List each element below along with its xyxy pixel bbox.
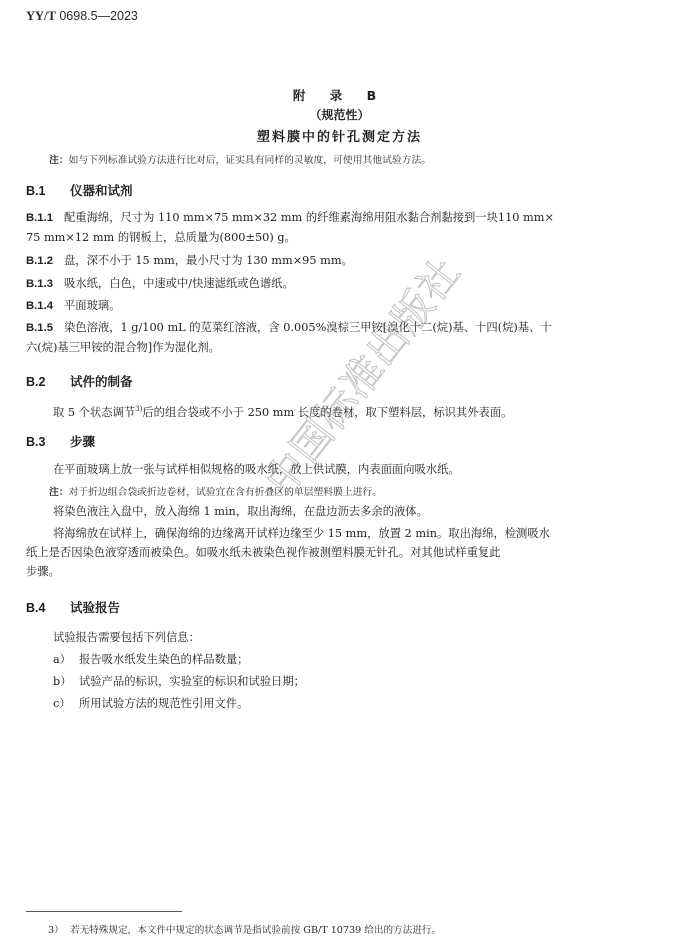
section-heading-b2: B.2试件的制备	[26, 372, 133, 390]
section-number: B.3	[26, 435, 70, 449]
clause-b1-3: B.1.3吸水纸，白色，中速或中/快速滤纸或色谱纸。	[26, 274, 294, 294]
footnote: 3）若无特殊规定，本文件中规定的状态调节是指试验前按 GB/T 10739 给出…	[48, 922, 441, 936]
standard-code: YY/T 0698.5—2023	[26, 9, 138, 24]
clause-number: B.1.5	[26, 319, 64, 338]
section-number: B.4	[26, 601, 70, 615]
b3-note: 注：对于折边组合袋或折边卷材，试验宜在含有折叠区的单层塑料膜上进行。	[49, 484, 382, 498]
section-number: B.2	[26, 375, 70, 389]
b3-paragraph-1: 在平面玻璃上放一张与试样相似规格的吸水纸，放上供试膜，内表面面向吸水纸。	[53, 460, 460, 479]
clause-b1-5: B.1.5染色溶液，1 g/100 mL 的苋菜红溶液，含 0.005%溴棕三甲…	[26, 318, 552, 357]
clause-b1-2: B.1.2盘，深不小于 15 mm，最小尺寸为 130 mm×95 mm。	[26, 251, 353, 271]
clause-text: 染色溶液，1 g/100 mL 的苋菜红溶液，含 0.005%溴棕三甲铵[溴化十…	[64, 321, 552, 334]
footnote-marker: 3）	[48, 922, 70, 936]
b3-p3-line1: 将海绵放在试样上，确保海绵的边缘离开试样边缘至少 15 mm，放置 2 min。…	[53, 527, 550, 540]
clause-b1-4: B.1.4平面玻璃。	[26, 296, 121, 316]
b3-note-label: 注：	[49, 487, 69, 498]
b3-p3-line3: 步骤。	[26, 565, 60, 578]
b2-paragraph: 取 5 个状态调节3)后的组合袋或不小于 250 mm 长度的卷材，取下塑料层，…	[53, 400, 512, 422]
annex-type: （规范性）	[0, 106, 679, 123]
list-marker: a）	[53, 650, 79, 669]
clause-text-continued: 六(烷)基三甲铵的混合物]作为湿化剂。	[26, 341, 220, 354]
list-marker: c）	[53, 694, 79, 713]
clause-text: 平面玻璃。	[64, 299, 121, 312]
section-title: 步骤	[70, 434, 95, 449]
clause-text-continued: 75 mm×12 mm 的钢板上，总质量为(800±50) g。	[26, 231, 296, 244]
b4-list-item-b: b）试验产品的标识，实验室的标识和试验日期；	[53, 672, 305, 691]
b3-note-text: 对于折边组合袋或折边卷材，试验宜在含有折叠区的单层塑料膜上进行。	[69, 487, 383, 498]
section-title: 试件的制备	[70, 374, 133, 389]
section-heading-b3: B.3步骤	[26, 432, 95, 450]
annex-title: 附 录 B	[0, 86, 679, 104]
clause-text: 吸水纸，白色，中速或中/快速滤纸或色谱纸。	[64, 277, 294, 290]
b2-text-continued: 后的组合袋或不小于 250 mm 长度的卷材，取下塑料层，标识其外表面。	[142, 406, 512, 419]
list-text: 试验产品的标识，实验室的标识和试验日期；	[79, 675, 305, 688]
clause-number: B.1.4	[26, 297, 64, 316]
annex-name: 塑料膜中的针孔测定方法	[0, 126, 679, 145]
list-text: 所用试验方法的规范性引用文件。	[79, 697, 248, 710]
section-number: B.1	[26, 184, 70, 198]
footnote-divider	[26, 911, 182, 912]
document-page: YY/T 0698.5—2023 附 录 B （规范性） 塑料膜中的针孔测定方法…	[0, 0, 679, 943]
clause-text: 配重海绵，尺寸为 110 mm×75 mm×32 mm 的纤维素海绵用阻水黏合剂…	[64, 211, 554, 224]
clause-text: 盘，深不小于 15 mm，最小尺寸为 130 mm×95 mm。	[64, 254, 353, 267]
clause-number: B.1.1	[26, 209, 64, 228]
b3-paragraph-2: 将染色液注入盘中，放入海绵 1 min，取出海绵，在盘边沥去多余的液体。	[53, 502, 428, 521]
b4-list-item-a: a）报告吸水纸发生染色的样品数量；	[53, 650, 248, 669]
intro-note-label: 注：	[49, 155, 69, 166]
standard-code-number: 0698.5—2023	[56, 9, 138, 23]
b3-p3-line2: 纸上是否因染色液穿透而被染色。如吸水纸未被染色视作被测塑料膜无针孔。对其他试样重…	[26, 546, 500, 559]
footnote-text: 若无特殊规定，本文件中规定的状态调节是指试验前按 GB/T 10739 给出的方…	[70, 925, 441, 936]
intro-note: 注：如与下列标准试验方法进行比对后，证实具有同样的灵敏度，可使用其他试验方法。	[49, 152, 431, 166]
list-marker: b）	[53, 672, 79, 691]
b3-paragraph-3: 将海绵放在试样上，确保海绵的边缘离开试样边缘至少 15 mm，放置 2 min。…	[26, 524, 550, 581]
clause-number: B.1.3	[26, 275, 64, 294]
clause-number: B.1.2	[26, 252, 64, 271]
b4-intro: 试验报告需要包括下列信息：	[53, 628, 200, 647]
section-heading-b4: B.4试验报告	[26, 598, 120, 616]
clause-b1-1: B.1.1配重海绵，尺寸为 110 mm×75 mm×32 mm 的纤维素海绵用…	[26, 208, 554, 247]
section-heading-b1: B.1仪器和试剂	[26, 181, 133, 199]
list-text: 报告吸水纸发生染色的样品数量；	[79, 653, 248, 666]
section-title: 仪器和试剂	[70, 183, 133, 198]
b2-text: 取 5 个状态调节	[53, 406, 135, 419]
section-title: 试验报告	[70, 600, 120, 615]
standard-code-prefix: YY/T	[26, 9, 56, 23]
b4-list-item-c: c）所用试验方法的规范性引用文件。	[53, 694, 248, 713]
intro-note-text: 如与下列标准试验方法进行比对后，证实具有同样的灵敏度，可使用其他试验方法。	[69, 155, 431, 166]
